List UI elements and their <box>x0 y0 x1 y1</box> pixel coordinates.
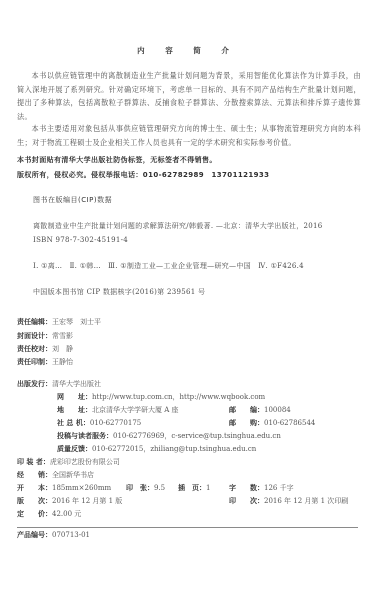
cip-library-note: 中国版本图书馆 CIP 数据核字(2016)第 239561 号 <box>33 289 205 296</box>
words-value: 126 千字 <box>264 484 294 492</box>
publisher-label: 出版发行： <box>17 381 52 388</box>
publisher-name: 清华大学出版社 <box>52 380 101 388</box>
website-value: http://www.tup.com.cn，http://www.wqbook.… <box>92 393 265 401</box>
summary-paragraph-1: 本书以供应链管理中的离散制造业生产批量计划问题为背景，采用智能优化算法作为计算手… <box>17 69 361 123</box>
inserts-row: 插 页：1 <box>178 485 210 492</box>
summary-title: 内 容 简 介 <box>0 47 375 55</box>
format-row: 开 本：185mm×260mm <box>17 485 111 492</box>
website-label: 网 址： <box>57 394 92 401</box>
edition-row: 版 次：2016 年 12 月第 1 版 <box>17 498 122 505</box>
credit-value: 刘 静 <box>52 345 73 353</box>
product-code-value: 070713-01 <box>52 531 90 539</box>
edition-value: 2016 年 12 月第 1 版 <box>52 497 122 505</box>
website-row: 网 址：http://www.tup.com.cn，http://www.wqb… <box>57 394 265 401</box>
credit-label: 责任编辑： <box>17 319 52 326</box>
switchboard-value: 010-62770175 <box>90 419 141 427</box>
postcode-value: 100084 <box>264 406 291 414</box>
credit-label: 责任校对： <box>17 346 52 353</box>
format-label: 开 本： <box>17 485 52 492</box>
anti-counterfeit-notice: 本书封面贴有清华大学出版社防伪标签，无标签者不得销售。 <box>17 157 217 164</box>
sheets-row: 印 张：9.5 <box>126 485 165 492</box>
address-value: 北京清华大学学研大厦 A 座 <box>92 406 179 414</box>
summary-paragraph-2: 本书主要适用对象包括从事供应链管理研究方向的博士生、硕士生；从事物流管理研究方向… <box>17 122 361 149</box>
printer-row: 印 装 者：虎彩印艺股份有限公司 <box>17 459 120 466</box>
mail-order-value: 010-62786544 <box>264 419 315 427</box>
cip-isbn: ISBN 978-7-302-45191-4 <box>33 237 128 244</box>
credit-row-cover-design: 封面设计：常雪影 <box>17 333 73 340</box>
product-code-row: 产品编号：070713-01 <box>17 532 90 539</box>
distributor-row: 经 销：全国新华书店 <box>17 472 94 479</box>
credit-row-editor: 责任编辑：王宏琴 刘士平 <box>17 319 101 326</box>
printing-label: 印 次： <box>229 498 264 505</box>
credit-value: 王静怡 <box>52 358 73 366</box>
product-code-label: 产品编号： <box>17 532 52 539</box>
price-row: 定 价：42.00 元 <box>17 511 81 518</box>
printer-label: 印 装 者： <box>17 459 50 466</box>
copyright-notice: 版权所有，侵权必究。侵权举报电话：010-62782989 1370112193… <box>17 172 269 179</box>
distributor-value: 全国新华书店 <box>52 471 94 479</box>
credit-value: 常雪影 <box>52 332 73 340</box>
price-label: 定 价： <box>17 511 52 518</box>
postcode-row: 邮 编：100084 <box>229 407 291 414</box>
address-label: 地 址： <box>57 407 92 414</box>
reader-service-label: 投稿与读者服务： <box>57 433 113 440</box>
postcode-label: 邮 编： <box>229 407 264 414</box>
cip-classification: Ⅰ. ①离… Ⅱ. ①韩… Ⅲ. ①制造工业—工业企业管理—研究—中国 Ⅳ. ①… <box>33 263 304 270</box>
printer-value: 虎彩印艺股份有限公司 <box>50 458 120 466</box>
quality-feedback-row: 质量反馈：010-62772015，zhiliang@tup.tsinghua.… <box>57 446 256 453</box>
reader-service-value: 010-62776969，c-service@tup.tsinghua.edu.… <box>113 432 281 440</box>
price-value: 42.00 元 <box>52 510 81 518</box>
divider-rule <box>17 527 358 528</box>
words-label: 字 数： <box>229 485 264 492</box>
credit-row-print-supervisor: 责任印制：王静怡 <box>17 359 73 366</box>
printing-row: 印 次：2016 年 12 月第 1 次印刷 <box>229 498 348 505</box>
mail-order-label: 邮 购： <box>229 420 264 427</box>
edition-label: 版 次： <box>17 498 52 505</box>
sheets-label: 印 张： <box>126 485 154 492</box>
cip-record-line: 离散制造业中生产批量计划问题的求解算法研究/韩毅著. —北京：清华大学出版社，2… <box>33 223 323 230</box>
inserts-label: 插 页： <box>178 485 206 492</box>
format-value: 185mm×260mm <box>52 484 111 492</box>
credit-label: 责任印制： <box>17 359 52 366</box>
mail-order-row: 邮 购：010-62786544 <box>229 420 315 427</box>
inserts-value: 1 <box>206 484 210 492</box>
publisher-row: 出版发行：清华大学出版社 <box>17 381 101 388</box>
address-row: 地 址：北京清华大学学研大厦 A 座 <box>57 407 179 414</box>
distributor-label: 经 销： <box>17 472 52 479</box>
credit-row-proofreader: 责任校对：刘 静 <box>17 346 73 353</box>
switchboard-row: 社 总 机：010-62770175 <box>57 420 141 427</box>
cip-heading: 图书在版编目(CIP)数据 <box>33 197 112 204</box>
words-row: 字 数：126 千字 <box>229 485 294 492</box>
reader-service-row: 投稿与读者服务：010-62776969，c-service@tup.tsing… <box>57 433 281 440</box>
printing-value: 2016 年 12 月第 1 次印刷 <box>264 497 348 505</box>
credit-label: 封面设计： <box>17 333 52 340</box>
quality-feedback-value: 010-62772015，zhiliang@tup.tsinghua.edu.c… <box>92 445 256 453</box>
credit-value: 王宏琴 刘士平 <box>52 318 101 326</box>
sheets-value: 9.5 <box>154 484 165 492</box>
switchboard-label: 社 总 机： <box>57 420 90 427</box>
quality-feedback-label: 质量反馈： <box>57 446 92 453</box>
